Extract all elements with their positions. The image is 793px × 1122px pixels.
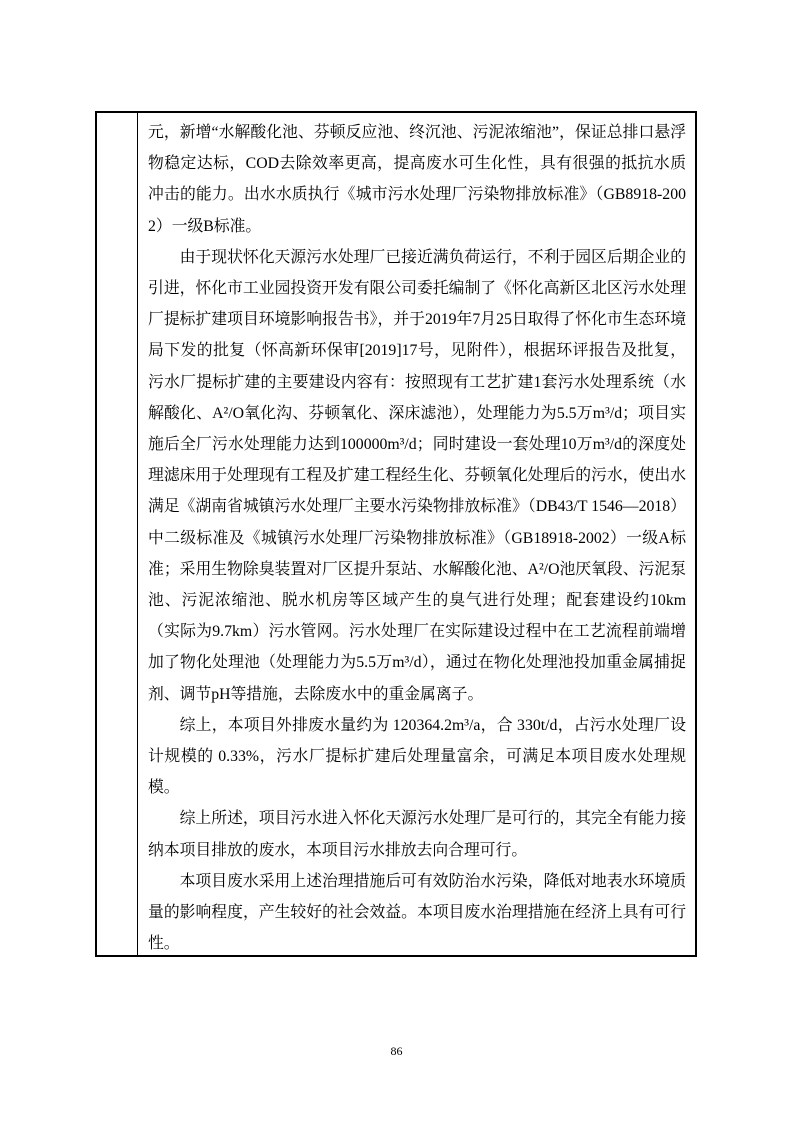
paragraph: 综上，本项目外排废水量约为 120364.2m³/a，合 330t/d，占污水处… <box>148 710 686 804</box>
paragraph-continuation: 元，新增“水解酸化池、芬顿反应池、终沉池、污泥浓缩池”，保证总排口悬浮物稳定达标… <box>148 117 686 242</box>
document-page: 元，新增“水解酸化池、芬顿反应池、终沉池、污泥浓缩池”，保证总排口悬浮物稳定达标… <box>0 0 793 1122</box>
paragraph: 由于现状怀化天源污水处理厂已接近满负荷运行，不利于园区后期企业的引进，怀化市工业… <box>148 242 686 710</box>
paragraph: 本项目废水采用上述治理措施后可有效防治水污染，降低对地表水环境质量的影响程度，产… <box>148 866 686 955</box>
page-number: 86 <box>0 1043 793 1059</box>
table-left-column-cell <box>97 113 138 955</box>
document-table: 元，新增“水解酸化池、芬顿反应池、终沉池、污泥浓缩池”，保证总排口悬浮物稳定达标… <box>95 111 697 957</box>
table-content-cell: 元，新增“水解酸化池、芬顿反应池、终沉池、污泥浓缩池”，保证总排口悬浮物稳定达标… <box>138 113 695 955</box>
paragraph: 综上所述，项目污水进入怀化天源污水处理厂是可行的，其完全有能力接纳本项目排放的废… <box>148 803 686 865</box>
